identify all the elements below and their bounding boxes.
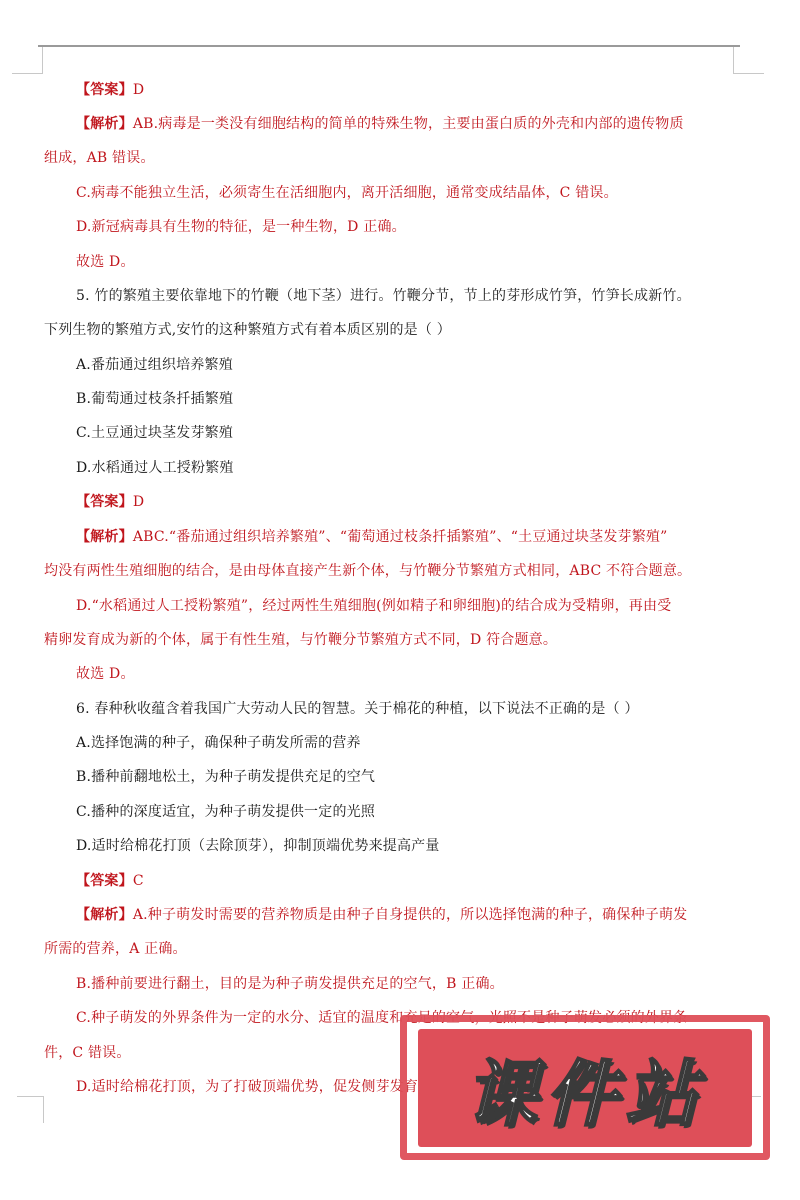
answer-label: 【答案】: [76, 873, 133, 889]
analysis-label: 【解析】: [76, 907, 133, 923]
q6-option-d: D.适时给棉花打顶（去除顶芽），抑制顶端优势来提高产量: [76, 837, 440, 855]
q5-option-d: D.水稻通过人工授粉繁殖: [76, 459, 234, 477]
answer-value: D: [133, 494, 144, 510]
crop-mark-bottom-left: [17, 1096, 44, 1123]
q4-answer: 【答案】D: [76, 81, 144, 99]
analysis-label: 【解析】: [76, 529, 133, 545]
q6-stem-line-1: 6. 春种秋收蕴含着我国广大劳动人民的智慧。关于棉花的种植，以下说法不正确的是（…: [76, 700, 639, 718]
analysis-text: A.种子萌发时需要的营养物质是由种子自身提供的，所以选择饱满的种子，确保种子萌发: [133, 907, 688, 923]
q6-option-a: A.选择饱满的种子，确保种子萌发所需的营养: [76, 734, 361, 752]
watermark-stamp: 课件站: [400, 1015, 770, 1165]
q4-analysis-line-4: D.新冠病毒具有生物的特征，是一种生物，D 正确。: [76, 218, 406, 236]
analysis-text: AB.病毒是一类没有细胞结构的简单的特殊生物，主要由蛋白质的外壳和内部的遗传物质: [133, 116, 684, 132]
q4-analysis-line-2: 组成，AB 错误。: [44, 149, 155, 167]
q6-analysis-line-5: 件，C 错误。: [44, 1044, 131, 1062]
q5-option-a: A.番茄通过组织培养繁殖: [76, 356, 233, 374]
q5-option-c: C.土豆通过块茎发芽繁殖: [76, 424, 233, 442]
q6-analysis-line-2: 所需的营养，A 正确。: [44, 940, 187, 958]
document-page: 【答案】D 【解析】AB.病毒是一类没有细胞结构的简单的特殊生物，主要由蛋白质的…: [0, 0, 800, 1200]
q5-answer: 【答案】D: [76, 493, 144, 511]
q5-analysis-line-2: 均没有两性生殖细胞的结合，是由母体直接产生新个体，与竹鞭分节繁殖方式相同，ABC…: [44, 562, 691, 580]
q5-analysis-line-4: 精卵发育成为新的个体，属于有性生殖，与竹鞭分节繁殖方式不同，D 符合题意。: [44, 631, 557, 649]
header-rule: [38, 45, 740, 47]
q5-analysis-line-1: 【解析】ABC.“番茄通过组织培养繁殖”、“葡萄通过枝条扦插繁殖”、“土豆通过块…: [76, 528, 667, 546]
q5-stem-line-1: 5. 竹的繁殖主要依靠地下的竹鞭（地下茎）进行。竹鞭分节，节上的芽形成竹笋，竹笋…: [76, 287, 691, 305]
crop-mark-top-right: [733, 47, 764, 74]
q5-stem-line-2: 下列生物的繁殖方式,安竹的这种繁殖方式有着本质区别的是（ ）: [44, 321, 451, 339]
answer-label: 【答案】: [76, 494, 133, 510]
q6-answer: 【答案】C: [76, 872, 144, 890]
q5-conclusion: 故选 D。: [76, 665, 135, 683]
answer-label: 【答案】: [76, 82, 133, 98]
q4-analysis-line-1: 【解析】AB.病毒是一类没有细胞结构的简单的特殊生物，主要由蛋白质的外壳和内部的…: [76, 115, 684, 133]
q6-analysis-line-3: B.播种前要进行翻土，目的是为种子萌发提供充足的空气，B 正确。: [76, 975, 504, 993]
answer-value: C: [133, 873, 144, 889]
analysis-text: ABC.“番茄通过组织培养繁殖”、“葡萄通过枝条扦插繁殖”、“土豆通过块茎发芽繁…: [133, 529, 668, 545]
answer-value: D: [133, 82, 144, 98]
crop-mark-top-left: [12, 47, 43, 74]
q6-option-b: B.播种前翻地松土，为种子萌发提供充足的空气: [76, 768, 375, 786]
q4-conclusion: 故选 D。: [76, 253, 135, 271]
q5-analysis-line-3: D.“水稻通过人工授粉繁殖”，经过两性生殖细胞(例如精子和卵细胞)的结合成为受精…: [76, 597, 671, 615]
q6-option-c: C.播种的深度适宜，为种子萌发提供一定的光照: [76, 803, 375, 821]
watermark-text: 课件站: [418, 1029, 752, 1147]
q4-analysis-line-3: C.病毒不能独立生活，必须寄生在活细胞内，离开活细胞，通常变成结晶体，C 错误。: [76, 184, 618, 202]
q6-analysis-line-1: 【解析】A.种子萌发时需要的营养物质是由种子自身提供的，所以选择饱满的种子，确保…: [76, 906, 687, 924]
analysis-label: 【解析】: [76, 116, 133, 132]
q5-option-b: B.葡萄通过枝条扦插繁殖: [76, 390, 233, 408]
